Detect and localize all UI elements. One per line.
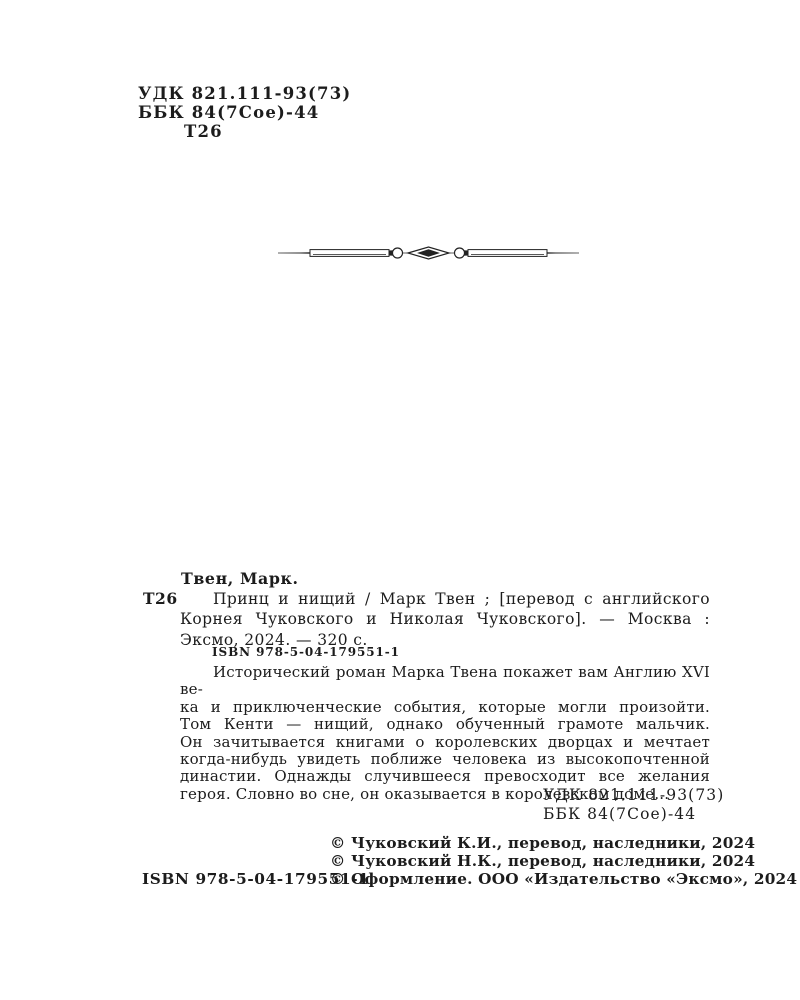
udc-code-top: УДК 821.111-93(73): [138, 84, 351, 103]
bbk-code-top: ББК 84(7Сое)-44: [138, 103, 351, 122]
copyright-line: © Чуковский К.И., перевод, наследники, 2…: [330, 834, 755, 852]
bbk-code-bottom: ББК 84(7Сое)-44: [543, 805, 724, 824]
annotation-line: Он зачитывается книгами о королевских дв…: [180, 734, 710, 751]
copyright-line: © Оформление. ООО «Издательство «Эксмо»,…: [330, 870, 797, 888]
udc-code-bottom: УДК 821.111-93(73): [543, 786, 724, 805]
annotation-paragraph: Исторический роман Марка Твена покажет в…: [180, 664, 710, 803]
bib-author-code: Т26: [143, 589, 178, 608]
classification-block-bottom: УДК 821.111-93(73) ББК 84(7Сое)-44: [543, 786, 724, 825]
annotation-line: когда-нибудь увидеть поближе человека из…: [180, 751, 710, 768]
annotation-line: Исторический роман Марка Твена покажет в…: [180, 664, 710, 699]
bib-entry-line: Принц и нищий / Марк Твен ; [перевод с а…: [180, 589, 710, 609]
annotation-line: династии. Однажды случившееся превосходи…: [180, 768, 710, 785]
divider-ornament-icon: [277, 245, 580, 261]
bib-author: Твен, Марк.: [181, 569, 299, 588]
author-code-top: Т26: [138, 122, 351, 141]
annotation-line: ка и приключенческие события, которые мо…: [180, 699, 710, 716]
annotation-line: Том Кенти — нищий, однако обученный грам…: [180, 716, 710, 733]
bib-entry: Принц и нищий / Марк Твен ; [перевод с а…: [180, 589, 710, 650]
book-imprint-page: УДК 821.111-93(73) ББК 84(7Сое)-44 Т26 Т…: [0, 0, 800, 1000]
copyright-line: © Чуковский Н.К., перевод, наследники, 2…: [330, 852, 755, 870]
isbn-line: ISBN 978-5-04-179551-1: [212, 645, 400, 659]
classification-block-top: УДК 821.111-93(73) ББК 84(7Сое)-44 Т26: [138, 84, 351, 141]
bib-entry-line: Корнея Чуковского и Николая Чуковского].…: [180, 609, 710, 629]
